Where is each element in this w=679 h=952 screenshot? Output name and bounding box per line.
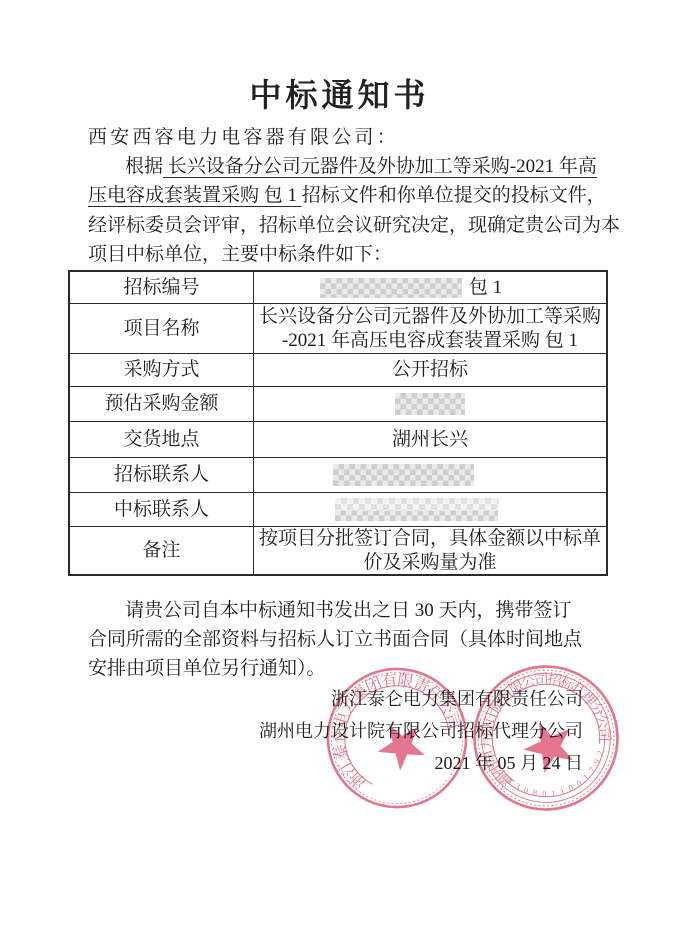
table-row-project-name: 项目名称 长兴设备分公司元器件及外协加工等采购 -2021 年高压电容成套装置采…	[70, 303, 606, 353]
row-value: 公开招标	[254, 354, 606, 386]
row-value: 按项目分批签订合同，具体金额以中标单 价及采购量为准	[254, 527, 606, 575]
redacted-mosaic	[395, 393, 465, 415]
table-row-delivery-location: 交货地点 湖州长兴	[70, 421, 606, 457]
row-label: 项目名称	[70, 304, 254, 353]
intro-line-3: 经评标委员会评审，招标单位会议研究决定，现确定贵公司为本	[88, 211, 596, 240]
document-page: 中标通知书 西安西容电力电容器有限公司： 根据 长兴设备分公司元器件及外协加工等…	[0, 0, 679, 952]
row-label: 招标联系人	[70, 458, 254, 492]
table-row-tender-contact: 招标联系人	[70, 457, 606, 492]
intro-line-4: 项目中标单位，主要中标条件如下：	[88, 240, 596, 269]
row-label: 中标联系人	[70, 493, 254, 526]
page-title: 中标通知书	[0, 70, 679, 116]
svg-text:浙江泰仑电力集团有限责任公司: 浙江泰仑电力集团有限责任公司	[323, 664, 468, 795]
star-icon	[516, 712, 582, 777]
table-row-bid-number: 招标编号 包 1	[70, 272, 606, 303]
row-label: 采购方式	[70, 354, 254, 386]
row-value: 长兴设备分公司元器件及外协加工等采购 -2021 年高压电容成套装置采购 包 1	[254, 304, 606, 353]
row-label: 备注	[70, 527, 254, 575]
redacted-mosaic	[333, 464, 474, 486]
intro-line-1-underlined: 长兴设备分公司元器件及外协加工等采购-2021 年高	[163, 156, 597, 177]
table-row-procurement-method: 采购方式 公开招标	[70, 353, 606, 386]
intro-line-1-plain: 根据	[125, 156, 163, 177]
closing-line-1: 请贵公司自本中标通知书发出之日 30 天内，携带签订	[88, 597, 596, 626]
intro-line-2-plain: 招标文件和你单位提交的投标文件，	[302, 185, 606, 206]
redacted-mosaic-strip	[335, 498, 499, 511]
row-label: 招标编号	[70, 272, 254, 303]
seal-ring-text: 浙江泰仑电力集团有限责任公司	[323, 664, 468, 795]
addressee-line: 西安西容电力电容器有限公司：	[88, 123, 596, 152]
intro-paragraph: 西安西容电力电容器有限公司： 根据 长兴设备分公司元器件及外协加工等采购-202…	[88, 123, 596, 269]
row-value: 湖州长兴	[254, 422, 606, 457]
intro-line-1: 根据 长兴设备分公司元器件及外协加工等采购-2021 年高	[88, 152, 596, 181]
seal-ring-text: 湖州电力设计院有限公司招标代理分公司	[470, 662, 620, 793]
row-value	[254, 387, 606, 421]
company-seal-right: 湖州电力设计院有限公司招标代理分公司 3308011001792	[470, 662, 622, 814]
bid-number-package: 包 1	[469, 276, 502, 300]
intro-line-2: 压电容成套装置采购 包 1 招标文件和你单位提交的投标文件，	[88, 181, 596, 210]
row-value	[254, 458, 606, 492]
closing-line-2: 合同所需的全部资料与招标人订立书面合同（具体时间地点	[88, 626, 596, 655]
table-row-remarks: 备注 按项目分批签订合同，具体金额以中标单 价及采购量为准	[70, 526, 606, 574]
award-conditions-table: 招标编号 包 1 项目名称 长兴设备分公司元器件及外协加工等采购 -2021 年…	[68, 270, 608, 576]
row-label: 预估采购金额	[70, 387, 254, 421]
intro-line-2-underlined: 压电容成套装置采购 包 1	[88, 185, 302, 206]
company-seal-left: 浙江泰仑电力集团有限责任公司	[323, 664, 471, 812]
star-icon	[369, 712, 433, 775]
redacted-mosaic	[320, 278, 462, 298]
svg-text:湖州电力设计院有限公司招标代理分公司: 湖州电力设计院有限公司招标代理分公司	[470, 662, 620, 793]
table-row-estimated-amount: 预估采购金额	[70, 386, 606, 421]
row-value: 包 1	[254, 272, 606, 303]
row-label: 交货地点	[70, 422, 254, 457]
